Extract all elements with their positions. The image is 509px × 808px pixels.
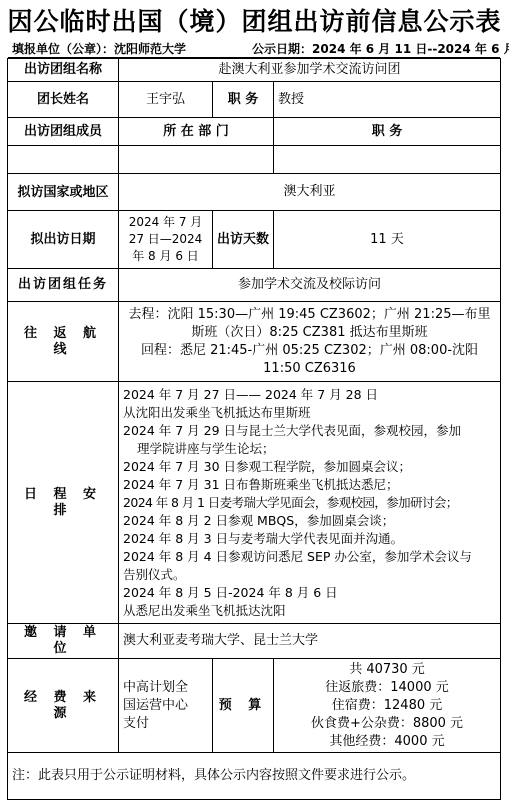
- country-label: 拟访国家或地区: [8, 174, 119, 211]
- row-group-name: 出访团组名称 赴澳大利亚参加学术交流访问团: [8, 59, 501, 82]
- schedule-line: 2024 年 7 月 29 日与昆士兰大学代表见面，参观校园，参加: [123, 422, 496, 440]
- publicity-date-label: 公示日期：: [252, 42, 312, 56]
- task-label: 出访团组任务: [8, 269, 119, 302]
- member-title: [274, 146, 501, 174]
- funding-line: 国运营中心: [123, 697, 208, 715]
- group-name-value: 赴澳大利亚参加学术交流访问团: [119, 59, 501, 82]
- schedule-line: 从沈阳出发乘坐飞机抵达布里斯班: [123, 404, 496, 422]
- schedule-line: 2024 年 7 月 31 日布鲁斯班乘坐飞机抵达悉尼；: [123, 476, 496, 494]
- schedule-line: 理学院讲座与学生论坛；: [123, 440, 496, 458]
- schedule-value: 2024 年 7 月 27 日—— 2024 年 7 月 28 日 从沈阳出发乘…: [119, 382, 501, 624]
- funding-line: 支付: [123, 715, 208, 733]
- members-title-header: 职 务: [274, 118, 501, 146]
- country-value: 澳大利亚: [119, 174, 501, 211]
- schedule-line: 2024 年 8 月 5 日-2024 年 8 月 6 日: [123, 584, 496, 602]
- schedule-line: 2024 年 8 月 2 日参观 MBQS，参加圆桌会谈；: [123, 512, 496, 530]
- dates-line: 2024 年 7 月: [123, 214, 208, 231]
- funding-label: 经 费 来 源: [8, 659, 119, 753]
- row-inviter: 邀 请 单 位 澳大利亚麦考瑞大学、昆士兰大学: [8, 624, 501, 659]
- page-title: 因公临时出国（境）团组出访前信息公示表: [0, 2, 509, 38]
- route-line: 斯班（次日）8:25 CZ381 抵达布里斯班: [123, 324, 496, 342]
- member-dept: [119, 146, 274, 174]
- reporting-unit: 填报单位（公章）：沈阳师范大学: [12, 40, 186, 57]
- route-line: 回程：悉尼 21:45-广州 05:25 CZ302；广州 08:00-沈阳: [123, 342, 496, 360]
- schedule-line: 2024 年 7 月 30 日参观工程学院，参加圆桌会议；: [123, 458, 496, 476]
- route-line: 11:50 CZ6316: [123, 360, 496, 378]
- row-dates: 拟出访日期 2024 年 7 月 27 日—2024 年 8 月 6 日 出访天…: [8, 211, 501, 269]
- reporting-unit-label: 填报单位（公章）：: [12, 42, 114, 56]
- row-route: 往 返 航 线 去程：沈阳 15:30—广州 19:45 CZ3602；广州 2…: [8, 302, 501, 382]
- inviter-label: 邀 请 单 位: [8, 624, 119, 659]
- members-label: 出访团组成员: [8, 118, 119, 146]
- group-name-label: 出访团组名称: [8, 59, 119, 82]
- days-label: 出访天数: [213, 211, 274, 269]
- route-line: 去程：沈阳 15:30—广州 19:45 CZ3602；广州 21:25—布里: [123, 306, 496, 324]
- row-funding: 经 费 来 源 中高计划全 国运营中心 支付 预 算 共 40730 元 往返旅…: [8, 659, 501, 753]
- budget-total: 共 40730 元: [278, 661, 496, 679]
- schedule-line: 2024 年 8 月 1 日麦考瑞大学见面会，参观校园，参加研讨会；: [123, 494, 496, 512]
- dates-line: 年 8 月 6 日: [123, 248, 208, 265]
- days-value: 11 天: [274, 211, 501, 269]
- route-label: 往 返 航 线: [8, 302, 119, 382]
- row-schedule: 日 程 安 排 2024 年 7 月 27 日—— 2024 年 7 月 28 …: [8, 382, 501, 624]
- schedule-line: 2024 年 8 月 3 日与麦考瑞大学代表见面并沟通。: [123, 530, 496, 548]
- funding-value: 中高计划全 国运营中心 支付: [119, 659, 213, 753]
- dates-value: 2024 年 7 月 27 日—2024 年 8 月 6 日: [119, 211, 213, 269]
- row-country: 拟访国家或地区 澳大利亚: [8, 174, 501, 211]
- leader-label: 团长姓名: [8, 82, 119, 118]
- row-task: 出访团组任务 参加学术交流及校际访问: [8, 269, 501, 302]
- dates-label: 拟出访日期: [8, 211, 119, 269]
- route-value: 去程：沈阳 15:30—广州 19:45 CZ3602；广州 21:25—布里 …: [119, 302, 501, 382]
- member-blank: [8, 146, 119, 174]
- budget-lodging: 住宿费：12480 元: [278, 697, 496, 715]
- footnote: 注：此表只用于公示证明材料，具体公示内容按照文件要求进行公示。: [8, 753, 501, 800]
- schedule-label: 日 程 安 排: [8, 382, 119, 624]
- row-note: 注：此表只用于公示证明材料，具体公示内容按照文件要求进行公示。: [8, 753, 501, 800]
- budget-travel: 往返旅费：14000 元: [278, 679, 496, 697]
- inviter-value: 澳大利亚麦考瑞大学、昆士兰大学: [119, 624, 501, 659]
- publicity-date-value: 2024 年 6 月 11 日--2024 年 6 月 17 日: [312, 42, 509, 56]
- header-meta: 填报单位（公章）：沈阳师范大学 公示日期：2024 年 6 月 11 日--20…: [10, 40, 501, 56]
- dates-line: 27 日—2024: [123, 231, 208, 248]
- schedule-line: 2024 年 8 月 4 日参观访问悉尼 SEP 办公室，参加学术会议与: [123, 548, 496, 566]
- budget-label: 预 算: [213, 659, 274, 753]
- schedule-line: 告别仪式。: [123, 566, 496, 584]
- members-dept-header: 所 在 部 门: [119, 118, 274, 146]
- reporting-unit-value: 沈阳师范大学: [114, 42, 186, 56]
- budget-meals-misc: 伙食费+公杂费：8800 元: [278, 715, 496, 733]
- info-table: 出访团组名称 赴澳大利亚参加学术交流访问团 团长姓名 王宇弘 职 务 教授 出访…: [7, 58, 501, 800]
- schedule-line: 2024 年 7 月 27 日—— 2024 年 7 月 28 日: [123, 386, 496, 404]
- row-leader: 团长姓名 王宇弘 职 务 教授: [8, 82, 501, 118]
- publicity-date: 公示日期：2024 年 6 月 11 日--2024 年 6 月 17 日: [252, 40, 509, 57]
- budget-value: 共 40730 元 往返旅费：14000 元 住宿费：12480 元 伙食费+公…: [274, 659, 501, 753]
- schedule-line: 从悉尼出发乘坐飞机抵达沈阳: [123, 602, 496, 620]
- budget-other: 其他经费：4000 元: [278, 733, 496, 751]
- row-members-header: 出访团组成员 所 在 部 门 职 务: [8, 118, 501, 146]
- leader-value: 王宇弘: [119, 82, 213, 118]
- funding-line: 中高计划全: [123, 679, 208, 697]
- task-value: 参加学术交流及校际访问: [119, 269, 501, 302]
- leader-title-value: 教授: [274, 82, 501, 118]
- leader-title-label: 职 务: [213, 82, 274, 118]
- row-member: [8, 146, 501, 174]
